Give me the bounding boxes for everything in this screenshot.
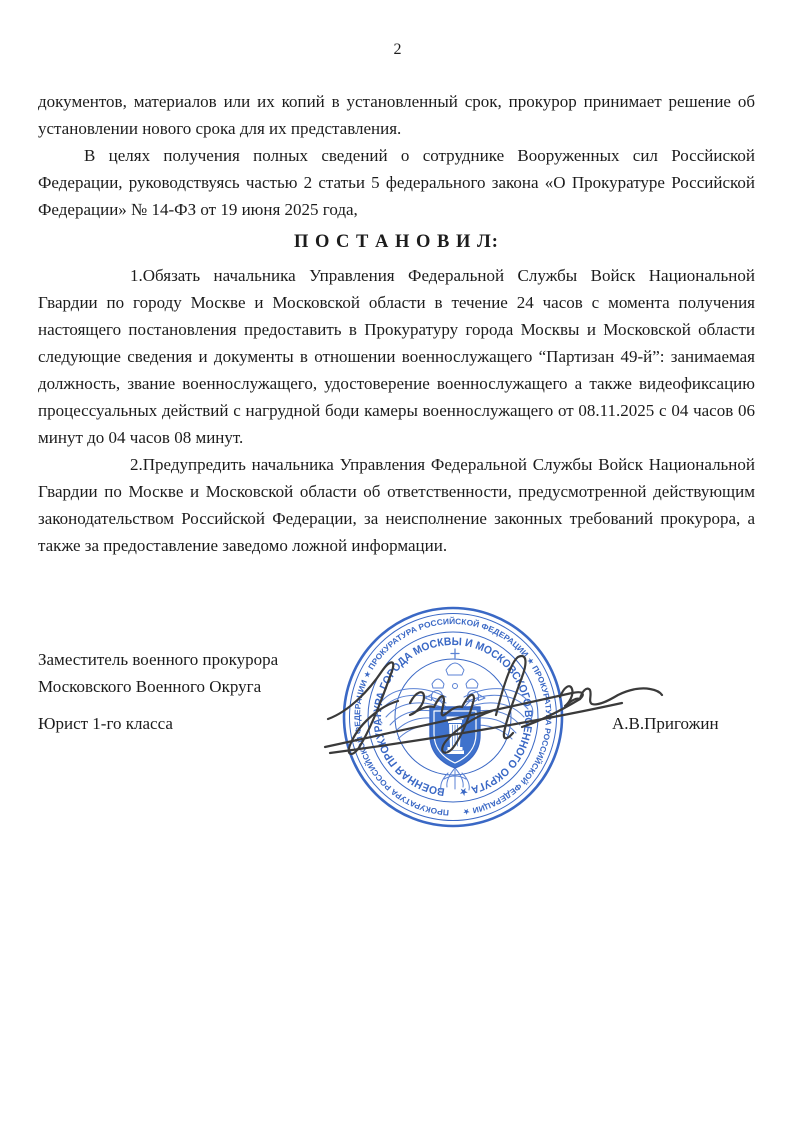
resolution-heading: П О С Т А Н О В И Л: (38, 229, 755, 256)
paragraph-continuation: документов, материалов или их копий в ус… (38, 88, 755, 142)
document-page: 2 документов, материалов или их копий в … (0, 0, 795, 1124)
signer-position-line1: Заместитель военного прокурора (38, 646, 278, 673)
resolution-item-2-number: 2. (84, 451, 143, 478)
signature-ink-icon (270, 645, 670, 760)
resolution-item-1: 1.Обязать начальника Управления Федераль… (38, 262, 755, 451)
resolution-item-1-text: Обязать начальника Управления Федерально… (38, 266, 755, 447)
document-body: документов, материалов или их копий в ус… (38, 88, 755, 559)
signer-rank: Юрист 1-го класса (38, 710, 278, 737)
resolution-item-2: 2.Предупредить начальника Управления Фед… (38, 451, 755, 559)
resolution-item-1-number: 1. (84, 262, 143, 289)
paragraph-purpose: В целях получения полных сведений о сотр… (38, 142, 755, 223)
page-number: 2 (0, 40, 795, 60)
signature-block: Заместитель военного прокурора Московско… (38, 646, 278, 737)
handwritten-signature (270, 645, 670, 760)
signer-position-line2: Московского Военного Округа (38, 673, 278, 700)
resolution-item-2-text: Предупредить начальника Управления Федер… (38, 455, 755, 555)
